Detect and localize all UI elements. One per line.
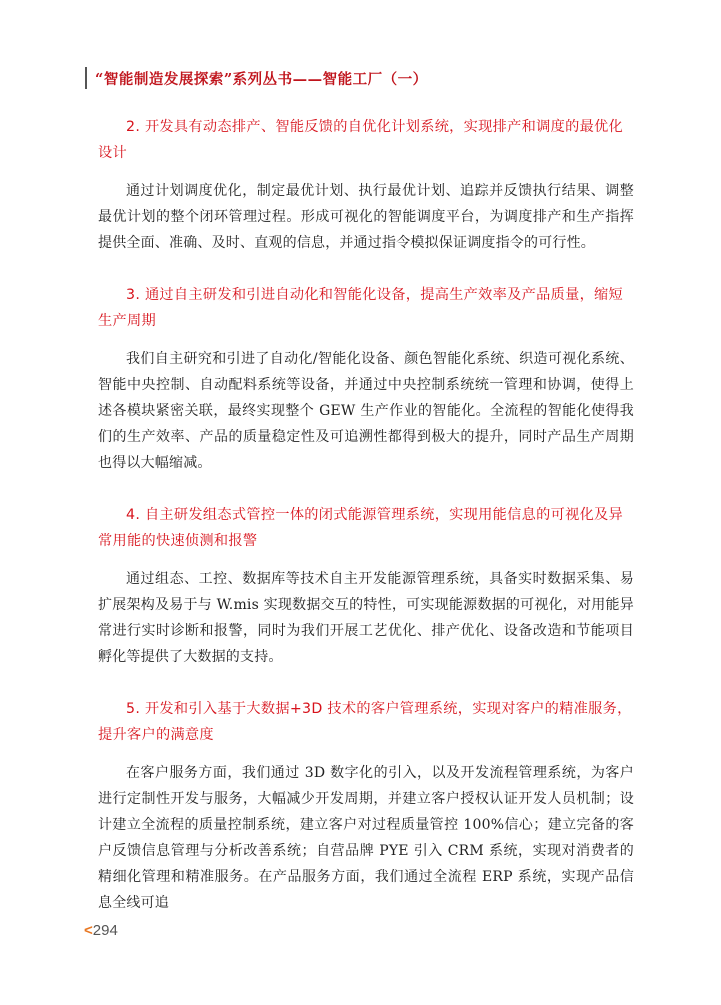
section-heading-4: 4. 自主研发组态式管控一体的闭式能源管理系统，实现用能信息的可视化及异常用能的… <box>98 502 634 554</box>
section-body-5: 在客户服务方面，我们通过 3D 数字化的引入，以及开发流程管理系统，为客户进行定… <box>98 760 634 916</box>
book-series-title: “智能制造发展探索”系列丛书——智能工厂（一） <box>95 68 428 89</box>
running-header: “智能制造发展探索”系列丛书——智能工厂（一） <box>85 66 428 90</box>
page-content: 2. 开发具有动态排产、智能反馈的自优化计划系统，实现排产和调度的最优化设计 通… <box>98 114 634 942</box>
section-body-3: 我们自主研究和引进了自动化/智能化设备、颜色智能化系统、织造可视化系统、智能中央… <box>98 346 634 476</box>
section-body-2: 通过计划调度优化，制定最优计划、执行最优计划、追踪并反馈执行结果、调整最优计划的… <box>98 178 634 256</box>
document-page: “智能制造发展探索”系列丛书——智能工厂（一） 2. 开发具有动态排产、智能反馈… <box>0 0 721 1005</box>
page-number-value: 294 <box>93 922 118 939</box>
section-heading-5: 5. 开发和引入基于大数据+3D 技术的客户管理系统，实现对客户的精准服务，提升… <box>98 696 634 748</box>
page-number: <294 <box>84 922 118 939</box>
section-heading-2: 2. 开发具有动态排产、智能反馈的自优化计划系统，实现排产和调度的最优化设计 <box>98 114 634 166</box>
header-divider-bar <box>85 67 87 89</box>
section-body-4: 通过组态、工控、数据库等技术自主开发能源管理系统，具备实时数据采集、易扩展架构及… <box>98 566 634 670</box>
section-heading-3: 3. 通过自主研发和引进自动化和智能化设备，提高生产效率及产品质量，缩短生产周期 <box>98 282 634 334</box>
page-marker-icon: < <box>84 922 93 939</box>
